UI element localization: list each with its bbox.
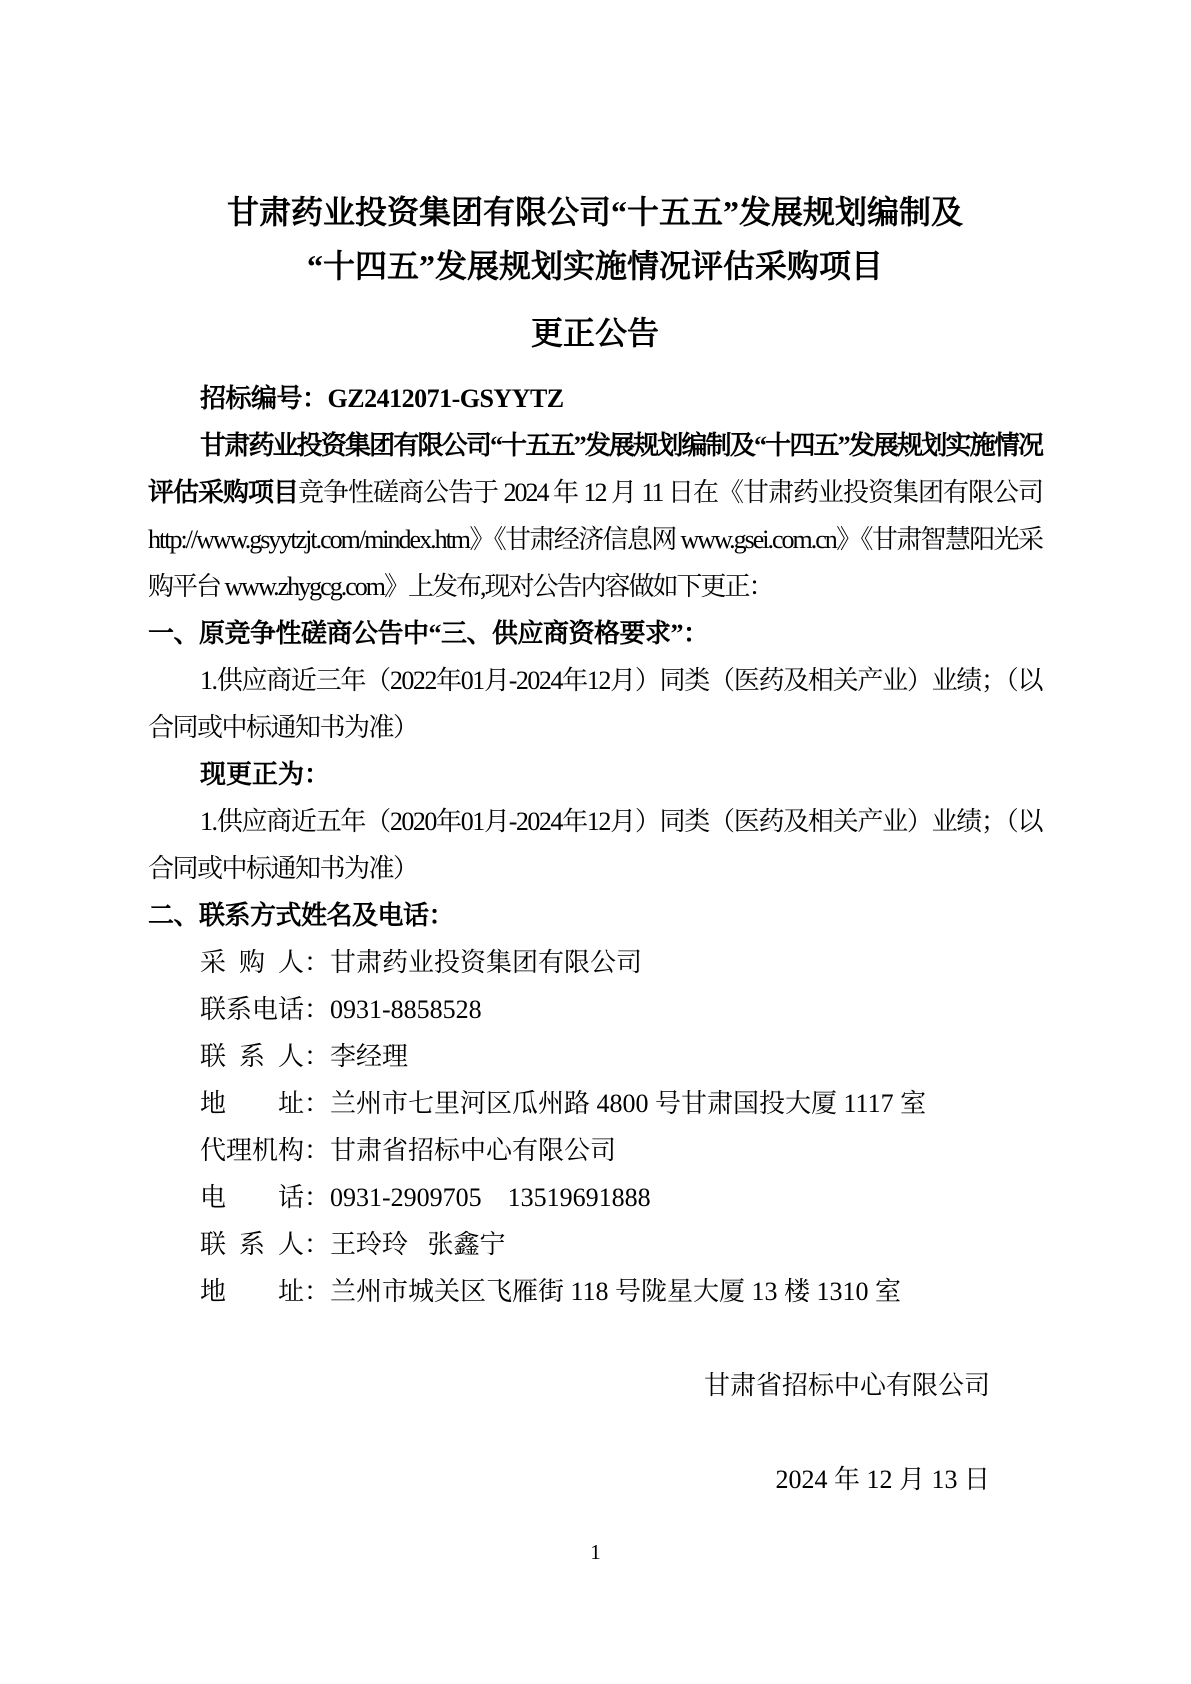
contact-row-agency-address: 地址：兰州市城关区飞雁街 118 号陇星大厦 13 楼 1310 室 [148,1268,1042,1315]
document-page: 甘肃药业投资集团有限公司“十五五”发展规划编制及 “十四五”发展规划实施情况评估… [0,0,1191,1684]
contact-row-agency: 代理机构：甘肃省招标中心有限公司 [148,1127,1042,1174]
correction-label: 现更正为： [148,751,1042,798]
contact-value: 0931-2909705 13519691888 [330,1183,651,1212]
contact-label: 采购人 [200,939,304,986]
section1-heading: 一、原竞争性磋商公告中“三、供应商资格要求”： [148,610,1042,657]
tender-number: 招标编号：GZ2412071-GSYYTZ [148,375,1042,422]
document-subtitle: 更正公告 [148,306,1042,360]
contact-row-purchaser-contact: 联系人：李经理 [148,1033,1042,1080]
contact-colon: ： [304,1277,330,1306]
contact-value: 甘肃省招标中心有限公司 [330,1136,616,1165]
contact-row-purchaser-address: 地址：兰州市七里河区瓜州路 4800 号甘肃国投大厦 1117 室 [148,1080,1042,1127]
contact-colon: ： [304,1042,330,1071]
contact-value: 0931-8858528 [330,995,482,1024]
contact-label: 联系电话 [200,986,304,1033]
contact-label: 联系人 [200,1033,304,1080]
contact-label: 联系人 [200,1221,304,1268]
contact-colon: ： [304,1183,330,1212]
contact-row-purchaser-phone: 联系电话：0931-8858528 [148,986,1042,1033]
signature-company: 甘肃省招标中心有限公司 [148,1362,1042,1409]
section2-heading: 二、联系方式姓名及电话： [148,892,1042,939]
original-requirement: 1.供应商近三年（2022年01月-2024年12月）同类（医药及相关产业）业绩… [148,657,1042,751]
document-title-line2: “十四五”发展规划实施情况评估采购项目 [148,239,1042,293]
contact-label: 地址 [200,1268,304,1315]
contact-label: 地址 [200,1080,304,1127]
intro-paragraph: 甘肃药业投资集团有限公司“十五五”发展规划编制及“十四五”发展规划实施情况评估采… [148,422,1042,610]
contact-colon: ： [304,995,330,1024]
contact-colon: ： [304,1136,330,1165]
contact-value: 兰州市七里河区瓜州路 4800 号甘肃国投大厦 1117 室 [330,1089,926,1118]
corrected-requirement: 1.供应商近五年（2020年01月-2024年12月）同类（医药及相关产业）业绩… [148,798,1042,892]
signature-date: 2024 年 12 月 13 日 [148,1456,1042,1503]
contact-colon: ： [304,948,330,977]
contact-label: 电话 [200,1174,304,1221]
contact-row-agency-phone: 电话：0931-2909705 13519691888 [148,1174,1042,1221]
contact-label: 代理机构 [200,1127,304,1174]
contact-row-purchaser: 采购人：甘肃药业投资集团有限公司 [148,939,1042,986]
document-title-line1: 甘肃药业投资集团有限公司“十五五”发展规划编制及 [148,185,1042,239]
document-body: 甘肃药业投资集团有限公司“十五五”发展规划编制及 “十四五”发展规划实施情况评估… [148,185,1042,1503]
page-number: 1 [0,1536,1191,1568]
contact-value: 李经理 [330,1042,408,1071]
contact-value: 甘肃药业投资集团有限公司 [330,948,642,977]
contact-value: 兰州市城关区飞雁街 118 号陇星大厦 13 楼 1310 室 [330,1277,901,1306]
contact-value: 王玲玲 张鑫宁 [330,1230,506,1259]
contact-row-agency-contact: 联系人：王玲玲 张鑫宁 [148,1221,1042,1268]
contact-colon: ： [304,1230,330,1259]
contact-colon: ： [304,1089,330,1118]
